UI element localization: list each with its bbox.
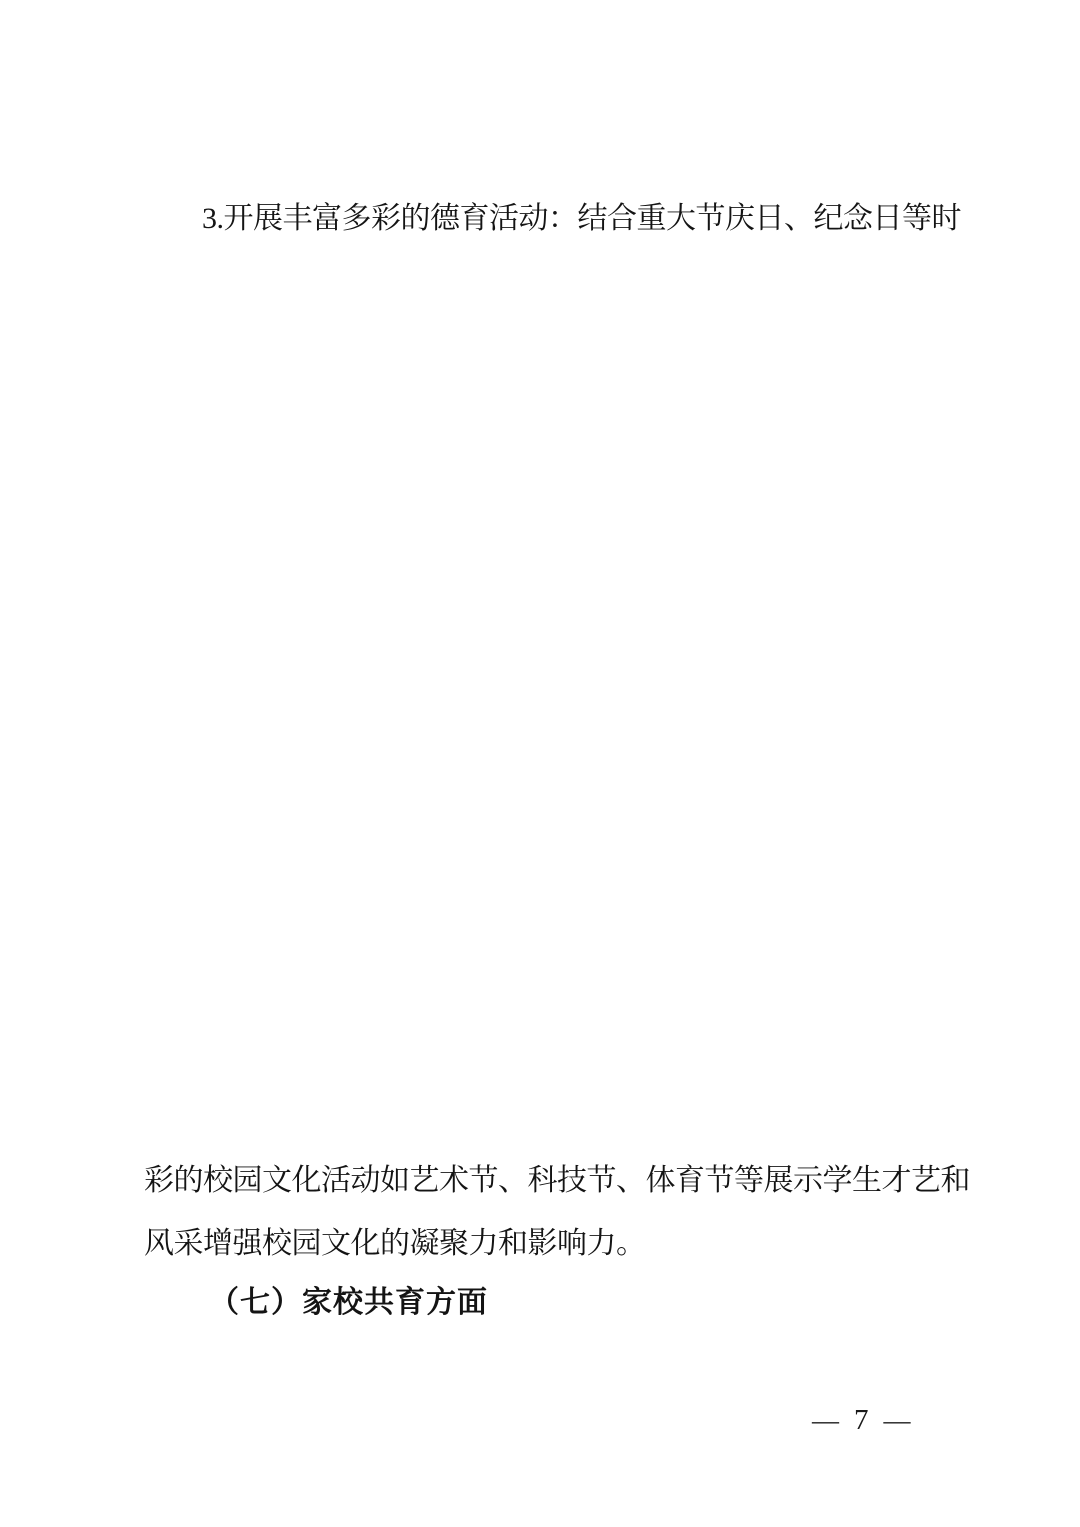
page-number-footer: — 7 —	[812, 1404, 911, 1437]
paragraph-line-top: 3.开展丰富多彩的德育活动：结合重大节庆日、纪念日等时	[202, 198, 961, 240]
document-page: 3.开展丰富多彩的德育活动：结合重大节庆日、纪念日等时 彩的校园文化活动如艺术节…	[0, 0, 1080, 1527]
page-number-dash-right: —	[884, 1405, 911, 1436]
section-heading: （七）家校共育方面	[209, 1282, 488, 1324]
page-number: 7	[854, 1404, 869, 1437]
paragraph-line-bottom-2: 风采增强校园文化的凝聚力和影响力。	[144, 1223, 646, 1265]
page-number-dash-left: —	[812, 1405, 839, 1436]
paragraph-line-bottom-1: 彩的校园文化活动如艺术节、科技节、体育节等展示学生才艺和	[144, 1160, 970, 1202]
